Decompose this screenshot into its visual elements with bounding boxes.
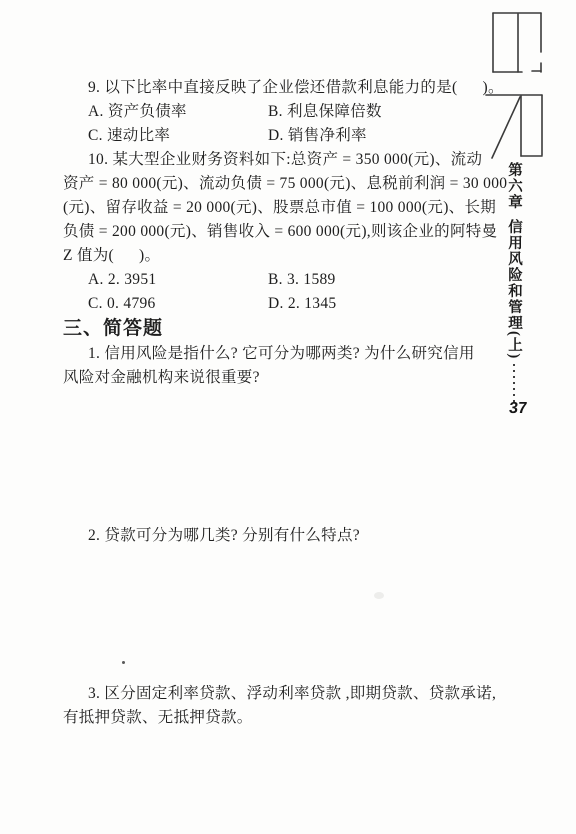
margin-chapter-tab: 第六章信用风险和管理(上): [504, 162, 525, 402]
option-d: D. 销售净利率: [268, 124, 487, 148]
question-10-line: (元)、留存收益 = 20 000(元)、股票总市值 = 100 000(元)、…: [63, 196, 487, 220]
question-10-line: 资产 = 80 000(元)、流动负债 = 75 000(元)、息税前利润 = …: [63, 172, 487, 196]
option-b: B. 3. 1589: [268, 268, 487, 292]
option-c: C. 速动比率: [88, 124, 268, 148]
question-10-options: A. 2. 3951 B. 3. 1589 C. 0. 4796 D. 2. 1…: [63, 268, 487, 316]
question-10-line: 负债 = 200 000(元)、销售收入 = 600 000(元),则该企业的阿…: [63, 220, 487, 244]
chapter-ornament-marks: [484, 8, 546, 162]
page-number: 37: [508, 400, 528, 418]
section-heading: 三、简答题: [63, 316, 487, 342]
short-answer-q3: 3. 区分固定利率贷款、浮动利率贷款 ,即期贷款、贷款承诺,: [63, 682, 487, 706]
question-10-line: 10. 某大型企业财务资料如下:总资产 = 350 000(元)、流动: [63, 148, 487, 172]
tab-gap: [514, 210, 515, 219]
short-answer-q1: 1. 信用风险是指什么? 它可分为哪两类? 为什么研究信用: [63, 342, 487, 366]
chapter-title: 信用风险和管理(上): [506, 219, 522, 360]
option-c: C. 0. 4796: [88, 292, 268, 316]
option-d: D. 2. 1345: [268, 292, 487, 316]
leader-dots: [513, 364, 515, 402]
option-b: B. 利息保障倍数: [268, 100, 487, 124]
option-a: A. 2. 3951: [88, 268, 268, 292]
short-answer-q3-cont: 有抵押贷款、无抵押贷款。: [63, 706, 487, 730]
scan-speck: [122, 661, 125, 664]
book-page: 9. 以下比率中直接反映了企业偿还借款利息能力的是( )。 A. 资产负债率 B…: [0, 0, 576, 834]
option-a: A. 资产负债率: [88, 100, 268, 124]
short-answer-q1-cont: 风险对金融机构来说很重要?: [63, 366, 487, 390]
question-10-stem: 10. 某大型企业财务资料如下:总资产 = 350 000(元)、流动 资产 =…: [63, 148, 487, 268]
answer-space: [63, 548, 487, 682]
question-9-stem: 9. 以下比率中直接反映了企业偿还借款利息能力的是( )。: [63, 76, 487, 100]
scan-smudge: [374, 592, 384, 599]
question-9-options: A. 资产负债率 B. 利息保障倍数 C. 速动比率 D. 销售净利率: [63, 100, 487, 148]
chapter-number: 第六章: [506, 162, 522, 210]
page-body: 9. 以下比率中直接反映了企业偿还借款利息能力的是( )。 A. 资产负债率 B…: [63, 76, 487, 730]
answer-space: [63, 390, 487, 524]
question-10-line: Z 值为( )。: [63, 244, 487, 268]
short-answer-q2: 2. 贷款可分为哪几类? 分别有什么特点?: [63, 524, 487, 548]
